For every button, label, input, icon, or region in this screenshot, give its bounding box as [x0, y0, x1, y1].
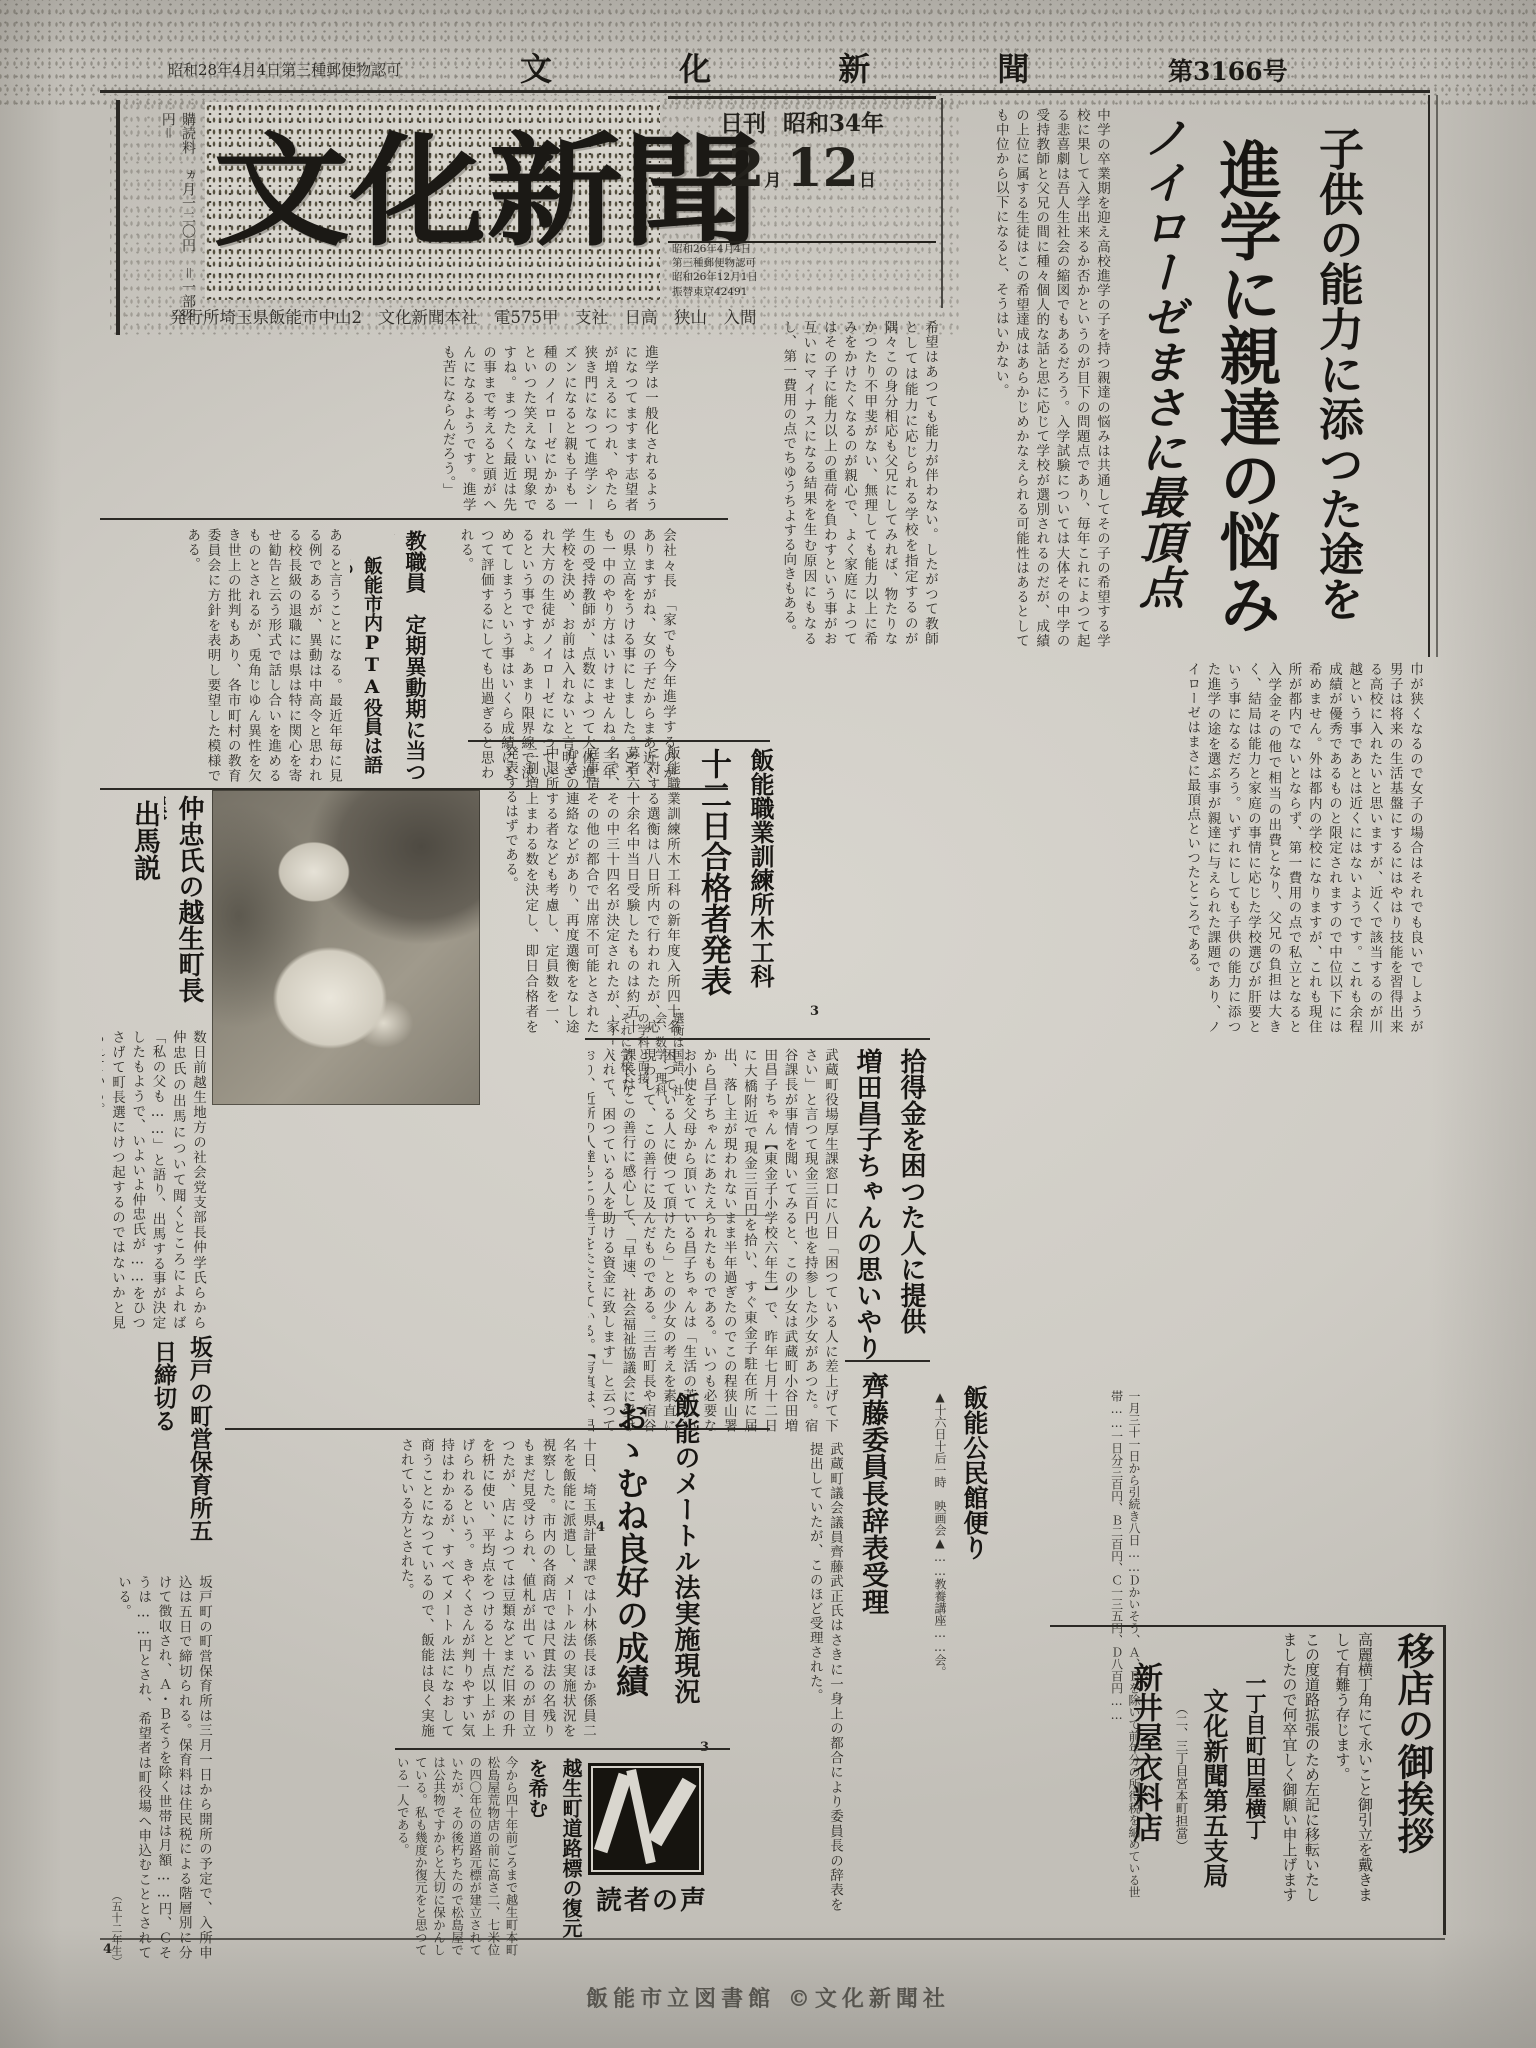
datebox-note-4: 振替東京42491 [672, 285, 802, 299]
daily-label: 日刊 [720, 110, 766, 137]
ad-organization: 文化新聞第五支局 [1196, 1688, 1232, 1932]
feature-continuation-text: 巾が狭くなるので女子の場合はそれでも良いでしようが男子は将来の生活基盤にするには… [780, 662, 1425, 1034]
training-headline: 十二日合格者発表 [686, 748, 736, 1006]
column-end-mark-4: 4 [103, 1942, 112, 1957]
sakado-headline-a: 坂戸の町営保育所五 [178, 1335, 216, 1561]
masuda-headline: 増田昌子ちゃんの思いやり [846, 1048, 886, 1400]
sakado-headline-b: 日締切る [146, 1340, 180, 1444]
reader-top-rule [395, 1748, 730, 1750]
pta-interview-text: 会社々長 「家でも今年進学するのがありますがね、女の子だからまあ近くの県立高をう… [432, 528, 678, 780]
kominkan-headline: 飯能公民館便り [950, 1385, 992, 1567]
ad-right-rule [1443, 1625, 1446, 1935]
masuda-body-text: 武蔵町役場厚生課窓口に八日「困つている人に差上げて下さい」と言つて現金三百円也を… [588, 1048, 840, 1433]
feature-kicker: 子供の能力に添つた途を [1308, 126, 1370, 638]
ad-shop-name: 新井屋衣料店 [1122, 1662, 1166, 1932]
postal-permit-note: 昭和28年4月4日第三種郵便物認可 [168, 60, 528, 82]
metric-body-text: 十日、埼玉県計量課では小林係長ほか係員二名を飯能に派遣し、メートル法の実施状況を… [230, 1438, 598, 1738]
training-body-text: 飯能職業訓練所木工科の新年度入所四十名に対する選衡は八日所内で行われたが、応募者… [470, 746, 682, 1034]
feature-interview2-text: 進学は一般化されるようになつてますます志望者が増えるにつれ、やたら狭き門になつて… [118, 345, 660, 512]
right-border-outer [1428, 95, 1430, 657]
reader-headline-b: を希む [524, 1758, 552, 1830]
datebox-note-2: 第三種郵便物認可 [672, 256, 802, 270]
issue-number: 第3166号 [1168, 52, 1288, 88]
reader-signature: （五十二年生） [104, 1890, 124, 1980]
fees-fragment-text: 一月三十一日から引続き八日……Ｄかいそう、Ａ、Ｂを除いて前年分の所得税を納めてい… [1000, 1390, 1142, 1930]
date-box: 日刊 昭和34年 2月 12日 [668, 96, 936, 243]
reader-voice-logo-box [588, 1763, 704, 1875]
right-border-inner [1436, 95, 1438, 657]
logo-brush-stroke [648, 1778, 697, 1847]
ad-top-rule [1050, 1625, 1445, 1627]
column-end-mark-1: 3 [810, 1004, 819, 1019]
masuda-inner-rule [585, 1215, 770, 1216]
ad-title: 移店の御挨拶 [1386, 1632, 1440, 1932]
feature-lead-text: 中学の卒業期を迎え高校進学の子を持つ親達の悩みは共通してその子の希望する学校に果… [948, 108, 1112, 648]
metric-kicker: 飯能のメートル法実施現況 [662, 1392, 704, 1744]
date-month-unit: 月 [764, 171, 781, 191]
date-day-unit: 日 [859, 171, 876, 191]
relocation-ad: 移店の御挨拶 高麗横丁角にて永いこと御引立を戴きまして有難う存じます。 この度道… [1148, 1632, 1440, 1932]
pta-headline: 飯能市内PTA役員は語る [350, 556, 386, 782]
reader-voice-label: 読者の声 [596, 1880, 708, 1917]
datebox-note-1: 昭和26年4月4日 [672, 242, 802, 256]
nakachu-body-text: 数日前越生地方の社会党支部長仲学氏らから仲忠氏の出馬について聞くところによれば「… [102, 1030, 208, 1330]
ad-greeting-2: この度道路拡張のため左記に移転いたしましたので何卒宜しく御願い申上げます [1278, 1632, 1323, 1910]
logo-brush-stroke [594, 1773, 632, 1853]
saito-headline: 齊藤委員長辞表受理 [850, 1372, 892, 1650]
datebox-divider [941, 98, 943, 308]
header-rule [100, 90, 1430, 93]
newspaper-page-scan: 昭和28年4月4日第三種郵便物認可 文 化 新 聞 第3166号 購読料 ヵ月一… [0, 0, 1536, 2048]
date-day: 12 [786, 138, 858, 199]
datebox-note-3: 昭和26年12月1日 [672, 270, 802, 284]
ad-greeting-1: 高麗横丁角にて永いこと御引立を戴きまして有難う存じます。 [1331, 1632, 1376, 1910]
nakachu-headline: 出馬説 [124, 800, 164, 910]
training-kicker: 飯能職業訓練所木工科 [738, 748, 778, 994]
masthead-logo-box: 文化新聞 [205, 102, 660, 300]
page-title-header: 文 化 新 聞 [520, 44, 1080, 90]
ad-address: 一丁目町田屋横丁 [1240, 1672, 1270, 1932]
masthead-left-border [116, 100, 120, 335]
footer-library-credit: 飯能市立図書館 ©文化新聞社 [0, 1982, 1536, 2013]
masuda-kicker: 拾得金を困つた人に提供 [886, 1048, 930, 1346]
kominkan-body-text: ▲十六日十后一時 映画会▲……教養講座……会。 [898, 1390, 948, 1910]
feature-subhead: ノイローゼまさに最頂点 [1118, 114, 1195, 655]
masuda-top-rule [585, 1038, 930, 1040]
training-top-rule [468, 740, 770, 742]
metric-headline: おゝむね良好の成績 [602, 1400, 654, 1732]
nakachu-kicker: 仲忠氏の越生町長選 [164, 795, 208, 1025]
subscription-price: 購読料 ヵ月一二〇円 ＝一部四円＝ [140, 112, 198, 330]
pta-top-rule [100, 518, 728, 520]
ad-note: （二、三丁目宮本町担當） [1172, 1702, 1190, 1932]
date-month: 2 [728, 138, 764, 199]
feature-headline: 進学に親達の悩み [1198, 138, 1290, 660]
reader-headline-a: 越生町道路標の復元 [552, 1758, 586, 1964]
bottom-rule [100, 1938, 1445, 1940]
pta-body-left: あると言うことになる。最近年毎に見る例であるが、異動は中高令と思われる校長級の退… [118, 528, 344, 783]
feature-mid-text: 希望はあつても能力が伴わない。したがつて教師としては能力に応じられる学校を指定す… [668, 320, 940, 646]
saito-body-text: 武蔵町議会議員齊藤武正氏はさきに一身上の都合により委員長の辞表を提出していたが、… [745, 1442, 845, 1912]
era-year: 昭和34年 [783, 110, 884, 137]
pta-kicker: 教職員 定期異動期に当つて [394, 530, 430, 782]
logo-brush-stroke [626, 1769, 656, 1864]
saito-top-rule [845, 1360, 930, 1362]
girl-with-rabbit-photo [212, 790, 480, 1105]
reader-body-text: 今から四十年前ごろまで越生町本町松島屋荒物店の前に高さ二、七米位の四〇年位の道路… [232, 1756, 520, 1960]
